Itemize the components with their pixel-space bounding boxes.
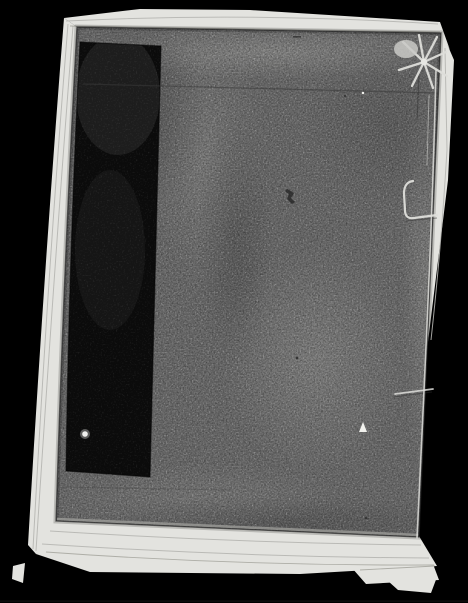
- knot-center: [421, 59, 427, 65]
- label-white-speck-halo: [80, 429, 90, 439]
- scanned-book-photo: [0, 0, 468, 603]
- scanner-edge-line: [0, 601, 468, 602]
- knot-blob: [394, 40, 418, 58]
- cover-white-dot: [362, 92, 364, 94]
- scan-stage: [0, 0, 468, 603]
